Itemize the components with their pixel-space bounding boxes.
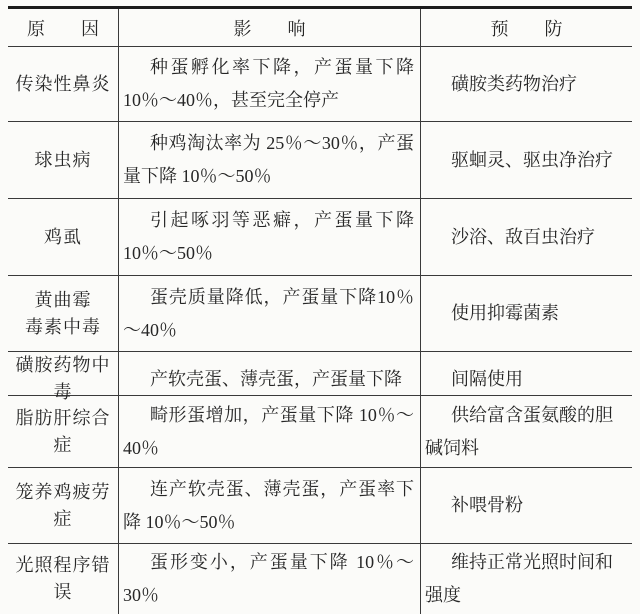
cell-cause: 球虫病 bbox=[8, 122, 118, 198]
cell-prevention: 磺胺类药物治疗 bbox=[420, 47, 632, 121]
cell-cause: 鸡虱 bbox=[8, 199, 118, 275]
effect-text: 畸形蛋增加，产蛋量下降 10％～40％ bbox=[119, 399, 420, 465]
table-row: 传染性鼻炎 种蛋孵化率下降，产蛋量下降10％～40％，甚至完全停产 磺胺类药物治… bbox=[8, 47, 632, 122]
cell-cause: 黄曲霉 毒素中毒 bbox=[8, 276, 118, 351]
cell-effect: 引起啄羽等恶癖，产蛋量下降10％～50％ bbox=[118, 199, 420, 275]
effect-text: 种鸡淘汰率为 25％～30％，产蛋量下降 10％～50％ bbox=[119, 127, 420, 193]
table-row: 光照程序错误 蛋形变小，产蛋量下降 10％～30％ 维持正常光照时间和强度 bbox=[8, 544, 632, 614]
cell-prevention: 补喂骨粉 bbox=[420, 468, 632, 543]
cell-effect: 蛋壳质量降低，产蛋量下降10％～40％ bbox=[118, 276, 420, 351]
table-header-row: 原因 影响 预防 bbox=[8, 9, 632, 47]
prevention-text: 驱蛔灵、驱虫净治疗 bbox=[421, 144, 632, 177]
header-prevention: 预防 bbox=[420, 9, 632, 46]
prevention-text: 维持正常光照时间和强度 bbox=[421, 546, 632, 612]
effect-text: 蛋形变小，产蛋量下降 10％～30％ bbox=[119, 546, 420, 612]
cell-effect: 种蛋孵化率下降，产蛋量下降10％～40％，甚至完全停产 bbox=[118, 47, 420, 121]
effect-text: 产软壳蛋、薄壳蛋，产蛋量下降 bbox=[119, 363, 420, 396]
cell-prevention: 沙浴、敌百虫治疗 bbox=[420, 199, 632, 275]
header-cause: 原因 bbox=[8, 9, 118, 46]
cell-effect: 畸形蛋增加，产蛋量下降 10％～40％ bbox=[118, 396, 420, 467]
cell-cause: 光照程序错误 bbox=[8, 544, 118, 614]
effect-text: 连产软壳蛋、薄壳蛋，产蛋率下降 10％～50％ bbox=[119, 473, 420, 539]
prevention-text: 磺胺类药物治疗 bbox=[421, 68, 632, 101]
cell-effect: 连产软壳蛋、薄壳蛋，产蛋率下降 10％～50％ bbox=[118, 468, 420, 543]
cell-prevention: 供给富含蛋氨酸的胆碱饲料 bbox=[420, 396, 632, 467]
cell-prevention: 使用抑霉菌素 bbox=[420, 276, 632, 351]
table-row: 黄曲霉 毒素中毒 蛋壳质量降低，产蛋量下降10％～40％ 使用抑霉菌素 bbox=[8, 276, 632, 352]
table-row: 脂肪肝综合症 畸形蛋增加，产蛋量下降 10％～40％ 供给富含蛋氨酸的胆碱饲料 bbox=[8, 396, 632, 468]
header-effect: 影响 bbox=[118, 9, 420, 46]
cell-prevention: 驱蛔灵、驱虫净治疗 bbox=[420, 122, 632, 198]
prevention-text: 补喂骨粉 bbox=[421, 489, 632, 522]
cell-cause: 笼养鸡疲劳症 bbox=[8, 468, 118, 543]
cell-prevention: 维持正常光照时间和强度 bbox=[420, 544, 632, 614]
cell-cause: 传染性鼻炎 bbox=[8, 47, 118, 121]
table-row: 鸡虱 引起啄羽等恶癖，产蛋量下降10％～50％ 沙浴、敌百虫治疗 bbox=[8, 199, 632, 276]
prevention-text: 供给富含蛋氨酸的胆碱饲料 bbox=[421, 399, 632, 465]
cell-cause: 脂肪肝综合症 bbox=[8, 396, 118, 467]
prevention-text: 沙浴、敌百虫治疗 bbox=[421, 221, 632, 254]
effect-text: 引起啄羽等恶癖，产蛋量下降10％～50％ bbox=[119, 204, 420, 270]
table-row: 磺胺药物中毒 产软壳蛋、薄壳蛋，产蛋量下降 间隔使用 bbox=[8, 352, 632, 396]
effect-text: 蛋壳质量降低，产蛋量下降10％～40％ bbox=[119, 281, 420, 347]
prevention-text: 使用抑霉菌素 bbox=[421, 297, 632, 330]
prevention-text: 间隔使用 bbox=[421, 363, 632, 396]
table-row: 笼养鸡疲劳症 连产软壳蛋、薄壳蛋，产蛋率下降 10％～50％ 补喂骨粉 bbox=[8, 468, 632, 544]
effect-text: 种蛋孵化率下降，产蛋量下降10％～40％，甚至完全停产 bbox=[119, 51, 420, 117]
scanned-page: 原因 影响 预防 传染性鼻炎 种蛋孵化率下降，产蛋量下降10％～40％，甚至完全… bbox=[0, 0, 640, 614]
cause-effect-prevention-table: 原因 影响 预防 传染性鼻炎 种蛋孵化率下降，产蛋量下降10％～40％，甚至完全… bbox=[8, 6, 632, 614]
cell-effect: 种鸡淘汰率为 25％～30％，产蛋量下降 10％～50％ bbox=[118, 122, 420, 198]
cell-effect: 蛋形变小，产蛋量下降 10％～30％ bbox=[118, 544, 420, 614]
table-row: 球虫病 种鸡淘汰率为 25％～30％，产蛋量下降 10％～50％ 驱蛔灵、驱虫净… bbox=[8, 122, 632, 199]
